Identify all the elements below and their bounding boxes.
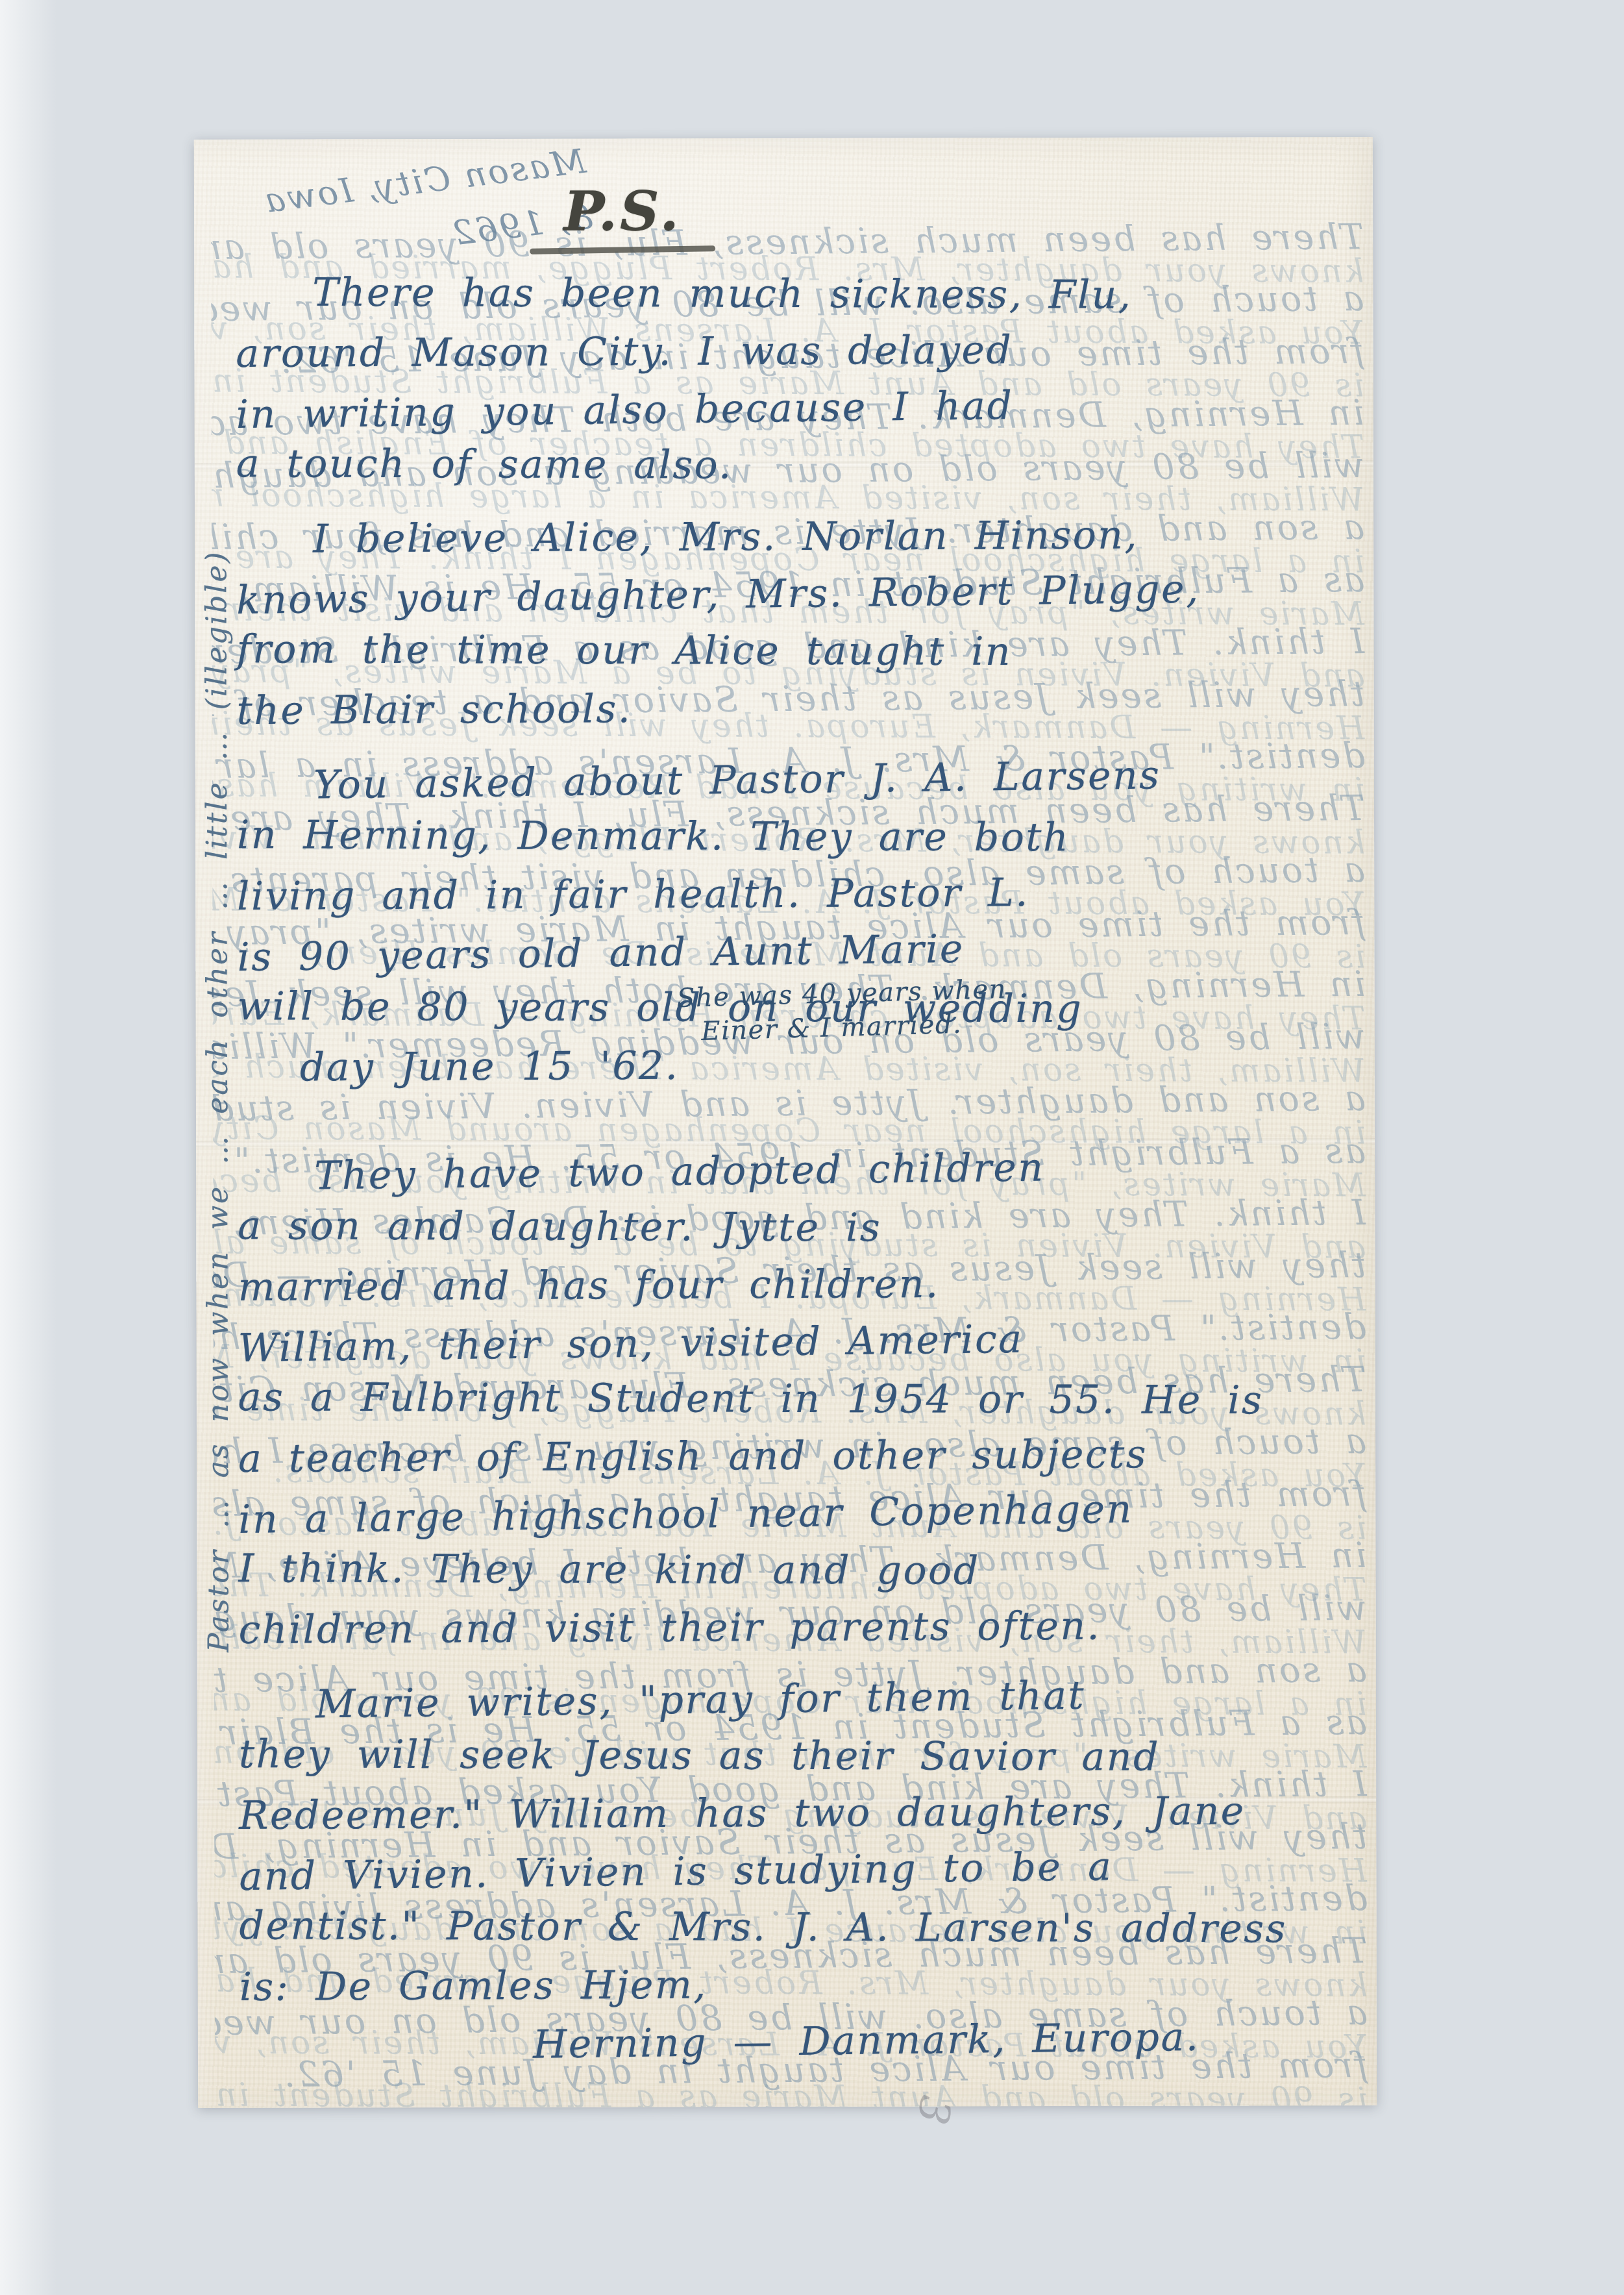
letter-line: They have two adopted children	[238, 1135, 1349, 1206]
letter-line: is: De Gamles Hjem,	[240, 1954, 1351, 2016]
letter-line: You asked about Pastor J. A. Larsens	[236, 745, 1348, 815]
letter-line: I believe Alice, Mrs. Norlan Hinson,	[236, 506, 1347, 568]
letter-line: in a large highschool near Copenhagen	[238, 1478, 1350, 1548]
letter-line: and Vivien. Vivien is studying to be a	[239, 1835, 1351, 1905]
letter-line: William, their son, visited America	[238, 1307, 1349, 1377]
letter-line: in Herning, Denmark. They are both	[237, 806, 1348, 867]
letter-lines: There has been much sickness, Flu,around…	[194, 264, 1377, 2072]
scanned-letter-page: There has been much sickness, Flu, is 90…	[0, 0, 1624, 2295]
letter-line: Herning — Danmark, Europa.	[240, 2007, 1351, 2077]
ps-heading-text: P.S.	[382, 179, 863, 244]
letter-line: There has been much sickness, Flu,	[236, 264, 1347, 324]
letter-line: a touch of same also.	[236, 435, 1347, 495]
letter-line: Redeemer." William has two daughters, Ja…	[239, 1782, 1350, 1844]
ps-heading: P.S.	[382, 179, 863, 254]
bleedthrough-line: is 90 years old and Aunt Marie as a Fulb…	[215, 2076, 1368, 2107]
letter-line: dentist." Pastor & Mrs. J. A. Larsen's a…	[239, 1897, 1350, 1957]
letter-line: around Mason City. I was delayed	[236, 320, 1347, 382]
letter-line: a teacher of English and other subjects	[238, 1425, 1349, 1487]
interline-annotation: She was 40 years when Einer & I married.	[676, 973, 1008, 1049]
letter-line: they will seek Jesus as their Savior and	[239, 1726, 1350, 1786]
letter-line: knows your daughter, Mrs. Robert Plugge,	[236, 559, 1348, 629]
letter-line: from the time our Alice taught in	[236, 621, 1347, 681]
scanner-bed-edge	[0, 0, 57, 2295]
letter-line: a son and daughter. Jytte is	[238, 1197, 1349, 1258]
letter-line: married and has four children.	[238, 1254, 1349, 1316]
letter-line: the Blair schools.	[236, 677, 1347, 739]
bleed-layer: There has been much sickness, Flu, is 90…	[194, 137, 1373, 140]
letter-line: living and in fair health. Pastor L.	[237, 863, 1348, 925]
letter-line: I think. They are kind and good	[238, 1540, 1349, 1600]
letter-paper: There has been much sickness, Flu, is 90…	[194, 137, 1377, 2108]
letter-line: Marie writes, "pray for them that	[238, 1664, 1350, 1734]
letter-line: as a Fulbright Student in 1954 or 55. He…	[238, 1369, 1349, 1429]
letter-line: in writing you also because I had	[236, 373, 1347, 443]
letter-line: children and visit their parents often.	[238, 1596, 1349, 1659]
letter-line: is 90 years old and Aunt Marie	[237, 916, 1349, 986]
